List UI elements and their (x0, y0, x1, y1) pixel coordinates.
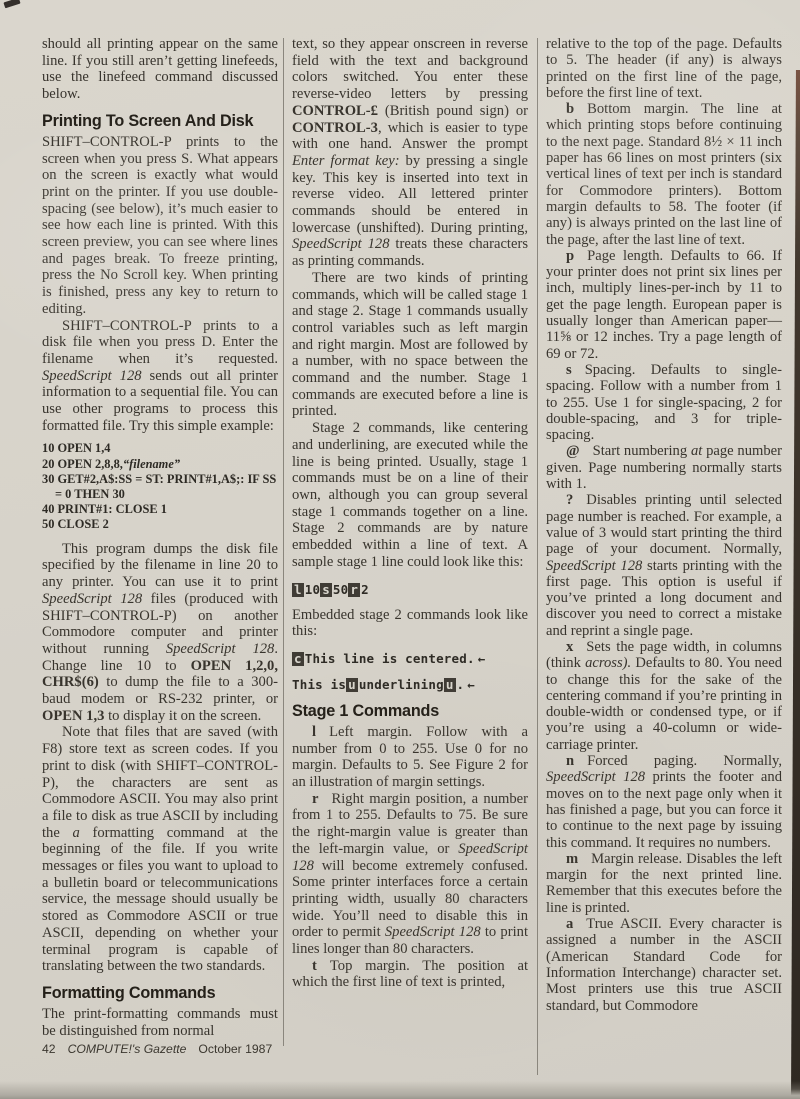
command-letter: l (312, 724, 316, 740)
text-segment: OPEN 1,3 (42, 708, 104, 724)
command-letter: m (566, 851, 578, 867)
return-arrow-icon: ← (467, 677, 475, 692)
text-segment: 50 CLOSE 2 (42, 517, 109, 531)
text-segment: Left margin. Follow with a number from 0… (292, 724, 528, 790)
text-segment: Note that files that are saved (with F8)… (42, 724, 278, 840)
code-line: 20 OPEN 2,8,8,“filename” (42, 457, 278, 472)
text-segment: at (691, 443, 702, 459)
reverse-video-char: u (346, 678, 358, 692)
column-divider (283, 38, 284, 1046)
code-line: 10 OPEN 1,4 (42, 441, 278, 456)
text-segment: should all printing appear on the same l… (42, 36, 278, 102)
command-letter: b (566, 101, 574, 117)
page-number: 42 (42, 1042, 56, 1056)
column-right: relative to the top of the page. Default… (546, 36, 782, 1014)
paragraph: should all printing appear on the same l… (42, 36, 278, 103)
return-arrow-icon: ← (478, 651, 486, 666)
reverse-video-char: r (348, 583, 360, 597)
text-segment: formatting command at the beginning of t… (42, 825, 278, 975)
reverse-video-char: u (444, 678, 456, 692)
text-segment: Stage 2 commands, like centering and und… (292, 420, 528, 570)
command-definition: nForced paging. Normally, SpeedScript 12… (546, 753, 782, 851)
section-heading: Formatting Commands (42, 984, 278, 1003)
text-segment: SpeedScript 128 (42, 368, 142, 384)
text-segment: SpeedScript 128 (546, 769, 645, 785)
text-segment: SpeedScript 128 (166, 641, 275, 657)
command-definition: pPage length. Defaults to 66. If your pr… (546, 248, 782, 362)
reverse-video-char: l (292, 583, 304, 597)
text-segment: 40 PRINT#1: CLOSE 1 (42, 502, 167, 516)
text-segment: SHIFT–CONTROL-P prints to a disk file wh… (42, 318, 278, 367)
text-segment: SpeedScript 128 (42, 591, 142, 607)
paragraph: This program dumps the disk file specifi… (42, 541, 278, 725)
command-definition: rRight margin position, a number from 1 … (292, 791, 528, 958)
paragraph: Stage 2 commands, like centering and und… (292, 420, 528, 570)
command-definition: sSpacing. Defaults to single-spacing. Fo… (546, 362, 782, 443)
text-segment: SpeedScript 128 (385, 924, 481, 940)
text-segment: Spacing. Defaults to single-spacing. Fol… (546, 362, 782, 443)
text-segment: Margin release. Disables the left margin… (546, 851, 782, 916)
command-definition: aTrue ASCII. Every character is assigned… (546, 916, 782, 1014)
text-segment: Forced paging. Normally, (587, 753, 782, 769)
text-segment: “filename” (123, 457, 180, 471)
text-segment: underlining (359, 677, 444, 692)
text-segment: 50 (333, 582, 348, 597)
command-definition: tTop margin. The position at which the f… (292, 958, 528, 991)
code-line: 30 GET#2,A$:SS = ST: PRINT#1,A$;: IF SS … (42, 472, 278, 502)
text-segment: relative to the top of the page. Default… (546, 36, 782, 101)
text-segment: 10 OPEN 1,4 (42, 441, 111, 455)
scan-corner-mark (3, 0, 20, 8)
text-segment: 30 GET#2,A$:SS = ST: PRINT#1,A$;: IF SS … (42, 472, 276, 501)
text-segment: across). (585, 655, 631, 671)
command-letter: s (566, 362, 572, 378)
text-segment: CONTROL-3 (292, 120, 378, 136)
text-segment: CONTROL-£ (292, 103, 378, 119)
text-segment: Page length. Defaults to 66. If your pri… (546, 248, 782, 362)
command-example: This isuunderliningu.← (292, 677, 528, 692)
text-segment: (British pound sign) or (378, 103, 528, 119)
text-segment: Bottom margin. The line at which printin… (546, 101, 782, 247)
text-segment: SHIFT–CONTROL-P prints to the screen whe… (42, 134, 278, 317)
text-segment: 20 OPEN 2,8,8, (42, 457, 123, 471)
text-segment: This line is centered. (305, 651, 475, 666)
column-middle: text, so they appear onscreen in reverse… (292, 36, 528, 991)
paragraph: text, so they appear onscreen in reverse… (292, 36, 528, 270)
text-segment: Top margin. The position at which the fi… (292, 958, 528, 991)
magazine-title: COMPUTE!'s Gazette (68, 1042, 187, 1056)
text-segment: True ASCII. Every character is assigned … (546, 916, 782, 1013)
command-definition: lLeft margin. Follow with a number from … (292, 724, 528, 791)
paragraph: relative to the top of the page. Default… (546, 36, 782, 101)
text-segment: SpeedScript 128 (546, 558, 642, 574)
reverse-video-char: s (320, 583, 332, 597)
text-segment: There are two kinds of printing commands… (292, 270, 528, 420)
command-letter: t (312, 958, 317, 974)
text-segment: Disables printing until selected page nu… (546, 492, 782, 557)
command-example: cThis line is centered.← (292, 651, 528, 666)
text-segment: . (457, 677, 465, 692)
command-definition: mMargin release. Disables the left margi… (546, 851, 782, 916)
text-segment: The print-formatting commands must be di… (42, 1006, 278, 1039)
code-line: 50 CLOSE 2 (42, 517, 278, 532)
command-letter: ? (566, 492, 573, 508)
command-definition: bBottom margin. The line at which printi… (546, 101, 782, 248)
reverse-video-char: c (292, 652, 304, 666)
command-letter: r (312, 791, 318, 807)
command-definition: xSets the page width, in columns (think … (546, 639, 782, 753)
command-letter: x (566, 639, 573, 655)
paragraph: The print-formatting commands must be di… (42, 1006, 278, 1039)
section-heading: Printing To Screen And Disk (42, 112, 278, 131)
command-letter: a (566, 916, 573, 932)
command-definition: ?Disables printing until selected page n… (546, 492, 782, 639)
text-segment: This is (292, 677, 346, 692)
text-segment: Enter format key: (292, 153, 400, 169)
page-footer: 42 COMPUTE!'s Gazette October 1987 (42, 1042, 272, 1056)
bottom-edge-shadow (0, 1081, 800, 1099)
paragraph: There are two kinds of printing commands… (292, 270, 528, 420)
code-line: 40 PRINT#1: CLOSE 1 (42, 502, 278, 517)
text-segment: to display it on the screen. (104, 708, 261, 724)
text-segment: 10 (305, 582, 320, 597)
section-heading: Stage 1 Commands (292, 702, 528, 721)
command-definition: @Start numbering at page number given. P… (546, 443, 782, 492)
paragraph: SHIFT–CONTROL-P prints to a disk file wh… (42, 318, 278, 435)
code-listing: 10 OPEN 1,420 OPEN 2,8,8,“filename”30 GE… (42, 441, 278, 532)
command-letter: p (566, 248, 574, 264)
paragraph: Note that files that are saved (with F8)… (42, 724, 278, 975)
text-segment: SpeedScript 128 (292, 236, 390, 252)
paragraph: Embedded stage 2 commands look like this… (292, 607, 528, 640)
command-letter: @ (566, 443, 580, 459)
command-letter: n (566, 753, 574, 769)
paragraph: SHIFT–CONTROL-P prints to the screen whe… (42, 134, 278, 318)
page-edge-shadow (791, 70, 800, 1099)
command-example: l10s50r2 (292, 582, 528, 597)
column-divider (537, 38, 538, 1075)
issue-date: October 1987 (198, 1042, 272, 1056)
text-segment: This program dumps the disk file specifi… (42, 541, 278, 590)
text-segment: text, so they appear onscreen in reverse… (292, 36, 528, 102)
text-segment: 2 (361, 582, 369, 597)
column-left: should all printing appear on the same l… (42, 36, 278, 1039)
text-segment: a (73, 825, 80, 841)
text-segment: Embedded stage 2 commands look like this… (292, 607, 528, 640)
text-segment: Start numbering (593, 443, 691, 459)
